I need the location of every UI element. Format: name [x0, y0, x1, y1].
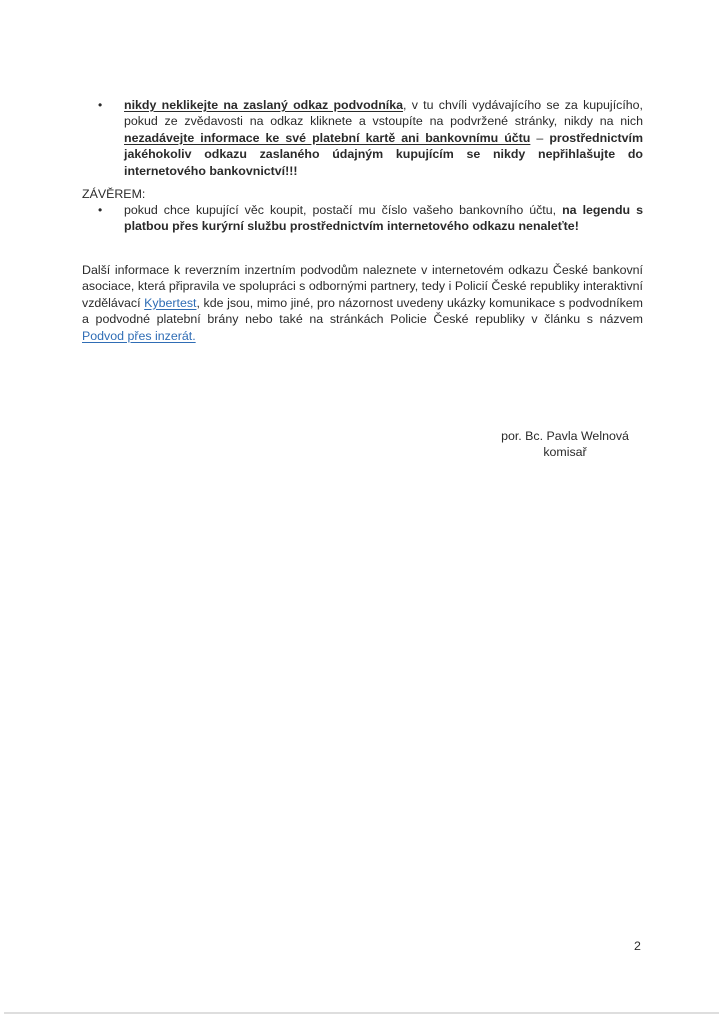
signature-name: por. Bc. Pavla Welnová: [490, 428, 640, 444]
podvod-pres-inzerat-link[interactable]: Podvod přes inzerát.: [82, 329, 196, 343]
warning-bullet-text: nikdy neklikejte na zaslaný odkaz podvod…: [124, 97, 643, 179]
kybertest-link[interactable]: Kybertest: [144, 296, 196, 310]
document-page: • nikdy neklikejte na zaslaný odkaz podv…: [0, 0, 725, 1024]
conclusion-bullet-item: • pokud chce kupující věc koupit, postač…: [98, 202, 643, 235]
bullet-icon: •: [98, 202, 114, 218]
warning-dash: –: [530, 131, 543, 145]
conclusion-body: pokud chce kupující věc koupit, postačí …: [124, 203, 562, 217]
conclusion-bullet-text: pokud chce kupující věc koupit, postačí …: [124, 202, 643, 235]
scan-edge-line: [4, 1012, 719, 1014]
signature-block: por. Bc. Pavla Welnová komisař: [490, 428, 640, 460]
info-paragraph: Další informace k reverzním inzertním po…: [82, 262, 643, 344]
page-number: 2: [634, 938, 641, 954]
warning-bullet-item: • nikdy neklikejte na zaslaný odkaz podv…: [98, 97, 643, 179]
warning-card-info: nezadávejte informace ke své platební ka…: [124, 131, 530, 145]
bullet-icon: •: [98, 97, 114, 113]
warning-lead: nikdy neklikejte na zaslaný odkaz podvod…: [124, 98, 403, 112]
signature-rank: komisař: [490, 444, 640, 460]
conclusion-heading: ZÁVĚREM:: [82, 186, 145, 202]
